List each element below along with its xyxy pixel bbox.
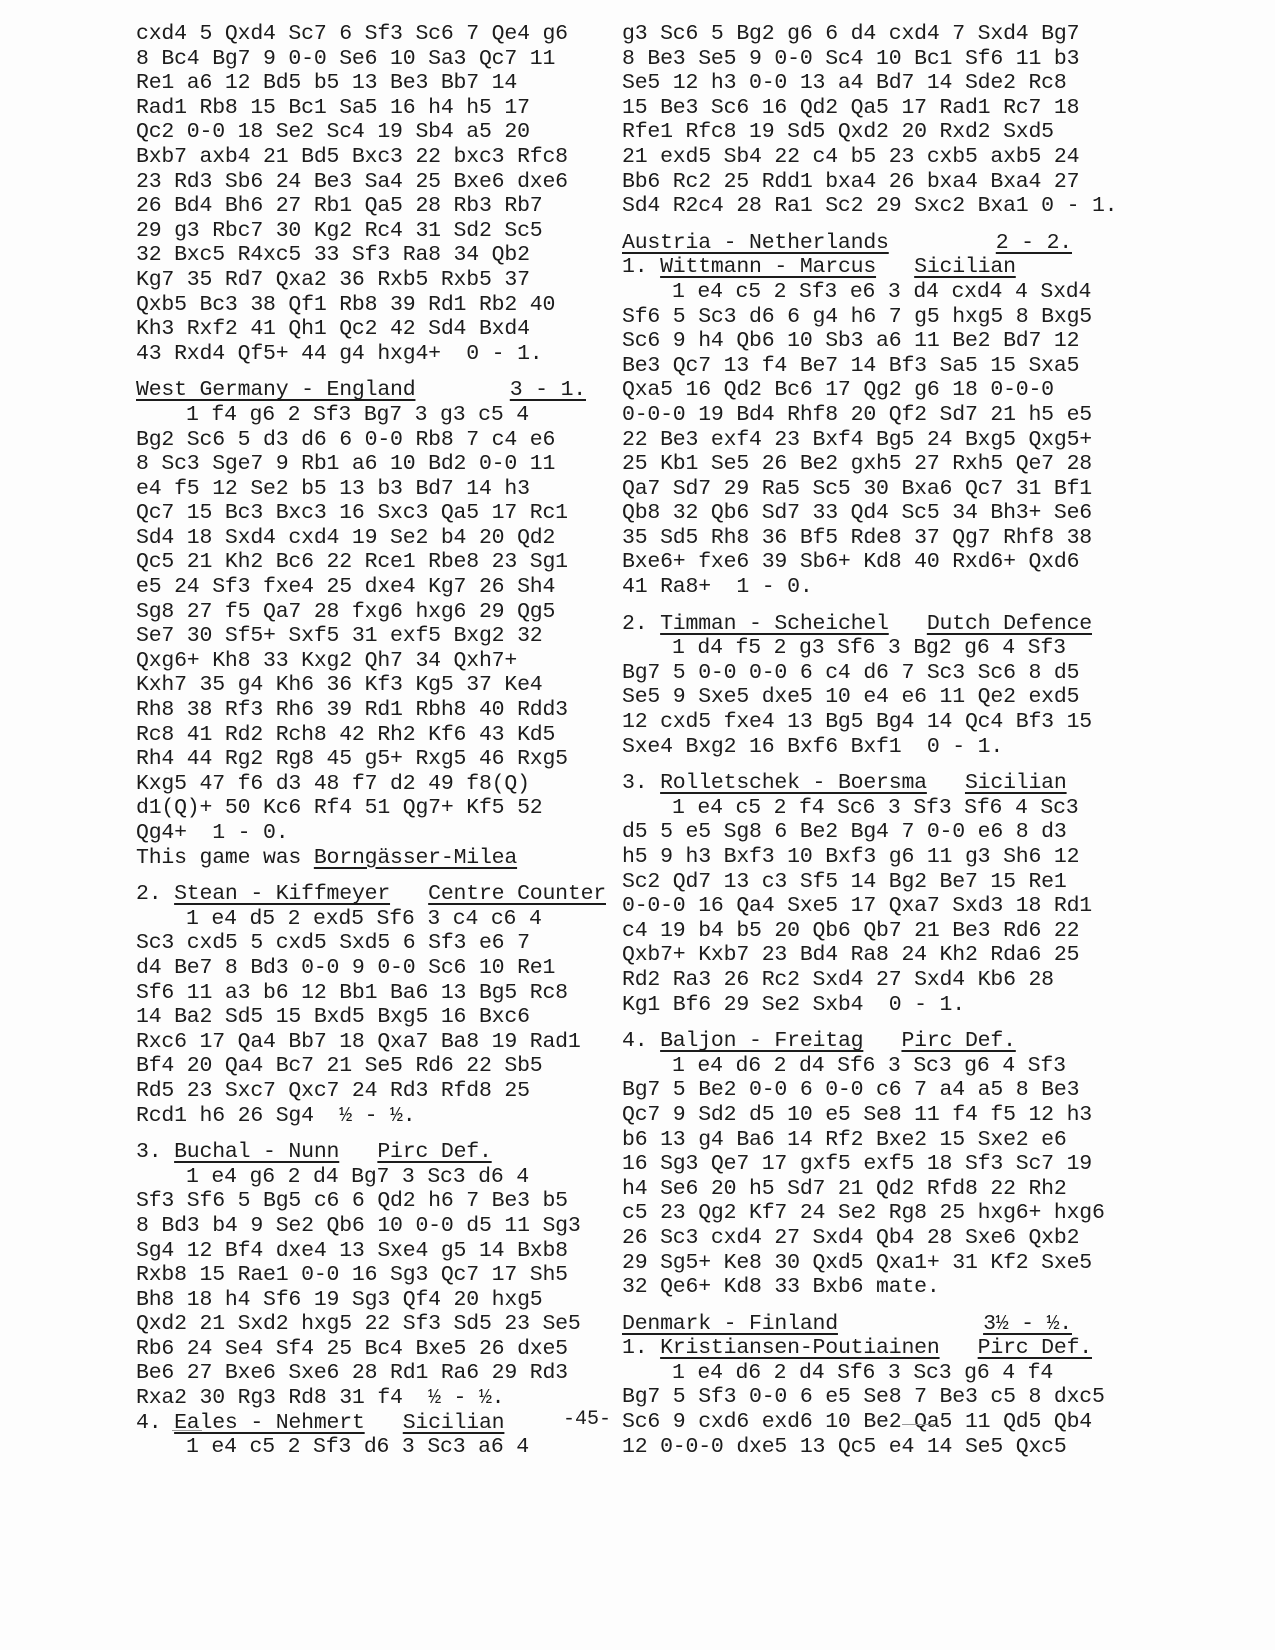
- move-line: h4 Se6 20 h5 Sd7 21 Qd2 Rfd8 22 Rh2: [622, 1177, 1132, 1202]
- move-line: Qxa5 16 Qd2 Bc6 17 Qg2 g6 18 0-0-0: [622, 378, 1132, 403]
- move-line: Kg7 35 Rd7 Qxa2 36 Rxb5 Rxb5 37: [136, 268, 606, 293]
- game-opening: Pirc Def.: [978, 1336, 1092, 1361]
- move-line: 14 Ba2 Sd5 15 Bxd5 Bxg5 16 Bxc6: [136, 1005, 606, 1030]
- match-teams: Denmark - Finland: [622, 1312, 838, 1337]
- game-number: 3.: [622, 771, 660, 796]
- move-line: Qxb7+ Kxb7 23 Bd4 Ra8 24 Kh2 Rda6 25: [622, 943, 1132, 968]
- spacer: [622, 759, 1132, 771]
- move-line: Bf4 20 Qa4 Bc7 21 Se5 Rd6 22 Sb5: [136, 1054, 606, 1079]
- move-line: c4 19 b4 b5 20 Qb6 Qb7 21 Be3 Rd6 22: [622, 919, 1132, 944]
- spacer: [622, 219, 1132, 231]
- scanned-page: cxd4 5 Qxd4 Sc7 6 Sf3 Sc6 7 Qe4 g68 Bc4 …: [0, 0, 1275, 1650]
- move-line: Sxe4 Bxg2 16 Bxf6 Bxf1 0 - 1.: [622, 735, 1132, 760]
- move-line: Rfe1 Rfc8 19 Sd5 Qxd2 20 Rxd2 Sxd5: [622, 120, 1132, 145]
- game-header: 1. Wittmann - Marcus Sicilian: [622, 255, 1132, 280]
- move-line: Qa7 Sd7 29 Ra5 Sc5 30 Bxa6 Qc7 31 Bf1: [622, 477, 1132, 502]
- move-line: 8 Sc3 Sge7 9 Rb1 a6 10 Bd2 0-0 11: [136, 452, 606, 477]
- game-players: Stean - Kiffmeyer: [174, 882, 390, 907]
- spacer: [136, 870, 606, 882]
- move-line: Rxa2 30 Rg3 Rd8 31 f4 ½ - ½.: [136, 1386, 606, 1411]
- move-line: Rb6 24 Se4 Sf4 25 Bc4 Bxe5 26 dxe5: [136, 1337, 606, 1362]
- right-column: g3 Sc6 5 Bg2 g6 6 d4 cxd4 7 Sxd4 Bg78 Be…: [622, 22, 1132, 1459]
- move-line: e4 f5 12 Se2 b5 13 b3 Bd7 14 h3: [136, 477, 606, 502]
- move-line: Qxg6+ Kh8 33 Kxg2 Qh7 34 Qxh7+: [136, 649, 606, 674]
- move-line: 1 e4 d5 2 exd5 Sf6 3 c4 c6 4: [136, 907, 606, 932]
- move-line: Rxc6 17 Qa4 Bb7 18 Qxa7 Ba8 19 Rad1: [136, 1030, 606, 1055]
- spacer: [390, 882, 428, 907]
- move-line: Bg7 5 Be2 0-0 6 0-0 c6 7 a4 a5 8 Be3: [622, 1078, 1132, 1103]
- game-players: Timman - Scheichel: [660, 612, 889, 637]
- move-line: Rc8 41 Rd2 Rch8 42 Rh2 Kf6 43 Kd5: [136, 723, 606, 748]
- move-line: Be6 27 Bxe6 Sxe6 28 Rd1 Ra6 29 Rd3: [136, 1361, 606, 1386]
- match-header: Denmark - Finland3½ - ½.: [622, 1312, 1072, 1337]
- game-number: 1.: [622, 255, 660, 280]
- game-number: 4.: [622, 1029, 660, 1054]
- move-line: Sc6 9 h4 Qb6 10 Sb3 a6 11 Be2 Bd7 12: [622, 329, 1132, 354]
- game-players: Baljon - Freitag: [660, 1029, 863, 1054]
- move-line: Rd2 Ra3 26 Rc2 Sxd4 27 Sxd4 Kb6 28: [622, 968, 1132, 993]
- move-line: Sd4 R2c4 28 Ra1 Sc2 29 Sxc2 Bxa1 0 - 1.: [622, 194, 1132, 219]
- game-number: 2.: [622, 612, 660, 637]
- spacer: [876, 255, 914, 280]
- spacer: [365, 1411, 403, 1436]
- move-line: 8 Be3 Se5 9 0-0 Sc4 10 Bc1 Sf6 11 b3: [622, 47, 1132, 72]
- move-line: 8 Bc4 Bg7 9 0-0 Se6 10 Sa3 Qc7 11: [136, 47, 606, 72]
- move-line: 1 e4 g6 2 d4 Bg7 3 Sc3 d6 4: [136, 1165, 606, 1190]
- move-line: Sd4 18 Sxd4 cxd4 19 Se2 b4 20 Qd2: [136, 526, 606, 551]
- game-players: Kristiansen-Poutiainen: [660, 1336, 939, 1361]
- move-line: Qxb5 Bc3 38 Qf1 Rb8 39 Rd1 Rb2 40: [136, 293, 606, 318]
- match-score: 3½ - ½.: [983, 1312, 1072, 1337]
- game-players: Rolletschek - Boersma: [660, 771, 927, 796]
- move-line: 25 Kb1 Se5 26 Be2 gxh5 27 Rxh5 Qe7 28: [622, 452, 1132, 477]
- move-line: 41 Ra8+ 1 - 0.: [622, 575, 1132, 600]
- move-line: Sc2 Qd7 13 c3 Sf5 14 Bg2 Be7 15 Re1: [622, 870, 1132, 895]
- move-line: Be3 Qc7 13 f4 Be7 14 Bf3 Sa5 15 Sxa5: [622, 354, 1132, 379]
- scan-artifact: [902, 1424, 934, 1425]
- move-line: Rd5 23 Sxc7 Qxc7 24 Rd3 Rfd8 25: [136, 1079, 606, 1104]
- spacer: [889, 612, 927, 637]
- move-line: Sf3 Sf6 5 Bg5 c6 6 Qd2 h6 7 Be3 b5: [136, 1189, 606, 1214]
- spacer: [940, 1336, 978, 1361]
- move-line: Se7 30 Sf5+ Sxf5 31 exf5 Bxg2 32: [136, 624, 606, 649]
- game-header: 4. Eales - Nehmert Sicilian: [136, 1411, 606, 1436]
- move-line: 1 e4 c5 2 Sf3 d6 3 Sc3 a6 4: [136, 1435, 606, 1460]
- move-line: Qc7 9 Sd2 d5 10 e5 Se8 11 f4 f5 12 h3: [622, 1103, 1132, 1128]
- move-line: Bxe6+ fxe6 39 Sb6+ Kd8 40 Rxd6+ Qxd6: [622, 550, 1132, 575]
- move-line: 1 f4 g6 2 Sf3 Bg7 3 g3 c5 4: [136, 403, 606, 428]
- move-line: Sg4 12 Bf4 dxe4 13 Sxe4 g5 14 Bxb8: [136, 1239, 606, 1264]
- game-header: 2. Timman - Scheichel Dutch Defence: [622, 612, 1132, 637]
- spacer: [136, 1128, 606, 1140]
- move-line: Re1 a6 12 Bd5 b5 13 Be3 Bb7 14: [136, 71, 606, 96]
- move-line: Rh8 38 Rf3 Rh6 39 Rd1 Rbh8 40 Rdd3: [136, 698, 606, 723]
- move-line: Kxg5 47 f6 d3 48 f7 d2 49 f8(Q): [136, 772, 606, 797]
- move-line: Sf6 11 a3 b6 12 Bb1 Ba6 13 Bg5 Rc8: [136, 981, 606, 1006]
- match-teams: West Germany - England: [136, 378, 415, 403]
- move-line: Rxb8 15 Rae1 0-0 16 Sg3 Qc7 17 Sh5: [136, 1263, 606, 1288]
- game-number: 4.: [136, 1411, 174, 1436]
- move-line: 15 Be3 Sc6 16 Qd2 Qa5 17 Rad1 Rc7 18: [622, 96, 1132, 121]
- move-line: 8 Bd3 b4 9 Se2 Qb6 10 0-0 d5 11 Sg3: [136, 1214, 606, 1239]
- game-number: 2.: [136, 882, 174, 907]
- move-line: c5 23 Qg2 Kf7 24 Se2 Rg8 25 hxg6+ hxg6: [622, 1201, 1132, 1226]
- move-line: b6 13 g4 Ba6 14 Rf2 Bxe2 15 Sxe2 e6: [622, 1128, 1132, 1153]
- move-line: 0-0-0 19 Bd4 Rhf8 20 Qf2 Sd7 21 h5 e5: [622, 403, 1132, 428]
- move-line: 1 e4 d6 2 d4 Sf6 3 Sc3 g6 4 Sf3: [622, 1054, 1132, 1079]
- move-line: 32 Qe6+ Kd8 33 Bxb6 mate.: [622, 1275, 1132, 1300]
- move-line: Bxb7 axb4 21 Bd5 Bxc3 22 bxc3 Rfc8: [136, 145, 606, 170]
- move-line: 22 Be3 exf4 23 Bxf4 Bg5 24 Bxg5 Qxg5+: [622, 428, 1132, 453]
- move-line: g3 Sc6 5 Bg2 g6 6 d4 cxd4 7 Sxd4 Bg7: [622, 22, 1132, 47]
- move-line: 1 e4 c5 2 f4 Sc6 3 Sf3 Sf6 4 Sc3: [622, 796, 1132, 821]
- spacer: [863, 1029, 901, 1054]
- move-line: Kh3 Rxf2 41 Qh1 Qc2 42 Sd4 Bxd4: [136, 317, 606, 342]
- move-line: Rad1 Rb8 15 Bc1 Sa5 16 h4 h5 17: [136, 96, 606, 121]
- move-line: d4 Be7 8 Bd3 0-0 9 0-0 Sc6 10 Re1: [136, 956, 606, 981]
- page-number: -45-: [563, 1408, 611, 1431]
- move-line: Bg7 5 Sf3 0-0 6 e5 Se8 7 Be3 c5 8 dxc5: [622, 1385, 1132, 1410]
- move-line: 1 d4 f5 2 g3 Sf6 3 Bg2 g6 4 Sf3: [622, 636, 1132, 661]
- move-line: 12 cxd5 fxe4 13 Bg5 Bg4 14 Qc4 Bf3 15: [622, 710, 1132, 735]
- game-header: 2. Stean - Kiffmeyer Centre Counter: [136, 882, 606, 907]
- game-players: Eales - Nehmert: [174, 1411, 365, 1436]
- move-line: 23 Rd3 Sb6 24 Be3 Sa4 25 Bxe6 dxe6: [136, 170, 606, 195]
- game-players: Buchal - Nunn: [174, 1140, 339, 1165]
- move-line: d5 5 e5 Sg8 6 Be2 Bg4 7 0-0 e6 8 d3: [622, 820, 1132, 845]
- game-header: 3. Rolletschek - Boersma Sicilian: [622, 771, 1132, 796]
- move-line: Sf6 5 Sc3 d6 6 g4 h6 7 g5 hxg5 8 Bxg5: [622, 305, 1132, 330]
- move-line: Qb8 32 Qb6 Sd7 33 Qd4 Sc5 34 Bh3+ Se6: [622, 501, 1132, 526]
- note-players: Borngässer-Milea: [314, 846, 517, 870]
- move-line: Se5 9 Sxe5 dxe5 10 e4 e6 11 Qe2 exd5: [622, 685, 1132, 710]
- move-line: Rh4 44 Rg2 Rg8 45 g5+ Rxg5 46 Rxg5: [136, 747, 606, 772]
- move-line: 32 Bxc5 R4xc5 33 Sf3 Ra8 34 Qb2: [136, 243, 606, 268]
- move-line: 1 e4 d6 2 d4 Sf6 3 Sc3 g6 4 f4: [622, 1361, 1132, 1386]
- spacer: [622, 1300, 1132, 1312]
- left-column: cxd4 5 Qxd4 Sc7 6 Sf3 Sc6 7 Qe4 g68 Bc4 …: [136, 22, 606, 1460]
- move-line: Qc5 21 Kh2 Bc6 22 Rce1 Rbe8 23 Sg1: [136, 550, 606, 575]
- spacer: [622, 600, 1132, 612]
- move-line: 35 Sd5 Rh8 36 Bf5 Rde8 37 Qg7 Rhf8 38: [622, 526, 1132, 551]
- move-line: d1(Q)+ 50 Kc6 Rf4 51 Qg7+ Kf5 52: [136, 796, 606, 821]
- move-line: Qc2 0-0 18 Se2 Sc4 19 Sb4 a5 20: [136, 120, 606, 145]
- match-score: 2 - 2.: [996, 231, 1072, 256]
- game-players: Wittmann - Marcus: [660, 255, 876, 280]
- move-line: Qxd2 21 Sxd2 hxg5 22 Sf3 Sd5 23 Se5: [136, 1312, 606, 1337]
- spacer: [339, 1140, 377, 1165]
- game-opening: Dutch Defence: [927, 612, 1092, 637]
- match-teams: Austria - Netherlands: [622, 231, 889, 256]
- move-line: Bh8 18 h4 Sf6 19 Sg3 Qf4 20 hxg5: [136, 1288, 606, 1313]
- move-line: Bg7 5 0-0 0-0 6 c4 d6 7 Sc3 Sc6 8 d5: [622, 661, 1132, 686]
- match-header: West Germany - England3 - 1.: [136, 378, 586, 403]
- move-line: h5 9 h3 Bxf3 10 Bxf3 g6 11 g3 Sh6 12: [622, 845, 1132, 870]
- move-line: 12 0-0-0 dxe5 13 Qc5 e4 14 Se5 Qxc5: [622, 1435, 1132, 1460]
- move-line: Bb6 Rc2 25 Rdd1 bxa4 26 bxa4 Bxa4 27: [622, 170, 1132, 195]
- game-opening: Pirc Def.: [377, 1140, 491, 1165]
- game-opening: Sicilian: [914, 255, 1016, 280]
- move-line: Rcd1 h6 26 Sg4 ½ - ½.: [136, 1104, 606, 1129]
- spacer: [622, 1017, 1132, 1029]
- move-line: e5 24 Sf3 fxe4 25 dxe4 Kg7 26 Sh4: [136, 575, 606, 600]
- game-opening: Sicilian: [403, 1411, 505, 1436]
- move-line: Qc7 15 Bc3 Bxc3 16 Sxc3 Qa5 17 Rc1: [136, 501, 606, 526]
- move-line: Kg1 Bf6 29 Se2 Sxb4 0 - 1.: [622, 993, 1132, 1018]
- move-line: 16 Sg3 Qe7 17 gxf5 exf5 18 Sf3 Sc7 19: [622, 1152, 1132, 1177]
- move-line: Bg2 Sc6 5 d3 d6 6 0-0 Rb8 7 c4 e6: [136, 428, 606, 453]
- note-text: This game was: [136, 846, 314, 870]
- move-line: 29 Sg5+ Ke8 30 Qxd5 Qxa1+ 31 Kf2 Sxe5: [622, 1251, 1132, 1276]
- move-line: 26 Sc3 cxd4 27 Sxd4 Qb4 28 Sxe6 Qxb2: [622, 1226, 1132, 1251]
- match-header: Austria - Netherlands2 - 2.: [622, 231, 1072, 256]
- match-score: 3 - 1.: [510, 378, 586, 403]
- game-note: This game was Borngässer-Milea: [136, 846, 606, 871]
- move-line: 43 Rxd4 Qf5+ 44 g4 hxg4+ 0 - 1.: [136, 342, 606, 367]
- move-line: 26 Bd4 Bh6 27 Rb1 Qa5 28 Rb3 Rb7: [136, 194, 606, 219]
- game-opening: Pirc Def.: [901, 1029, 1015, 1054]
- game-opening: Sicilian: [965, 771, 1067, 796]
- move-line: Sc3 cxd5 5 cxd5 Sxd5 6 Sf3 e6 7: [136, 931, 606, 956]
- move-line: Sc6 9 cxd6 exd6 10 Be2 Qa5 11 Qd5 Qb4: [622, 1410, 1132, 1435]
- spacer: [927, 771, 965, 796]
- game-number: 1.: [622, 1336, 660, 1361]
- game-number: 3.: [136, 1140, 174, 1165]
- move-line: Qg4+ 1 - 0.: [136, 821, 606, 846]
- move-line: 0-0-0 16 Qa4 Sxe5 17 Qxa7 Sxd3 18 Rd1: [622, 894, 1132, 919]
- move-line: Se5 12 h3 0-0 13 a4 Bd7 14 Sde2 Rc8: [622, 71, 1132, 96]
- move-line: 21 exd5 Sb4 22 c4 b5 23 cxb5 axb5 24: [622, 145, 1132, 170]
- move-line: cxd4 5 Qxd4 Sc7 6 Sf3 Sc6 7 Qe4 g6: [136, 22, 606, 47]
- game-header: 3. Buchal - Nunn Pirc Def.: [136, 1140, 606, 1165]
- move-line: Kxh7 35 g4 Kh6 36 Kf3 Kg5 37 Ke4: [136, 673, 606, 698]
- move-line: 1 e4 c5 2 Sf3 e6 3 d4 cxd4 4 Sxd4: [622, 280, 1132, 305]
- game-opening: Centre Counter: [428, 882, 606, 907]
- spacer: [136, 366, 606, 378]
- game-header: 4. Baljon - Freitag Pirc Def.: [622, 1029, 1132, 1054]
- move-line: 29 g3 Rbc7 30 Kg2 Rc4 31 Sd2 Sc5: [136, 219, 606, 244]
- move-line: Sg8 27 f5 Qa7 28 fxg6 hxg6 29 Qg5: [136, 600, 606, 625]
- game-header: 1. Kristiansen-Poutiainen Pirc Def.: [622, 1336, 1132, 1361]
- scan-artifact: [172, 1430, 202, 1431]
